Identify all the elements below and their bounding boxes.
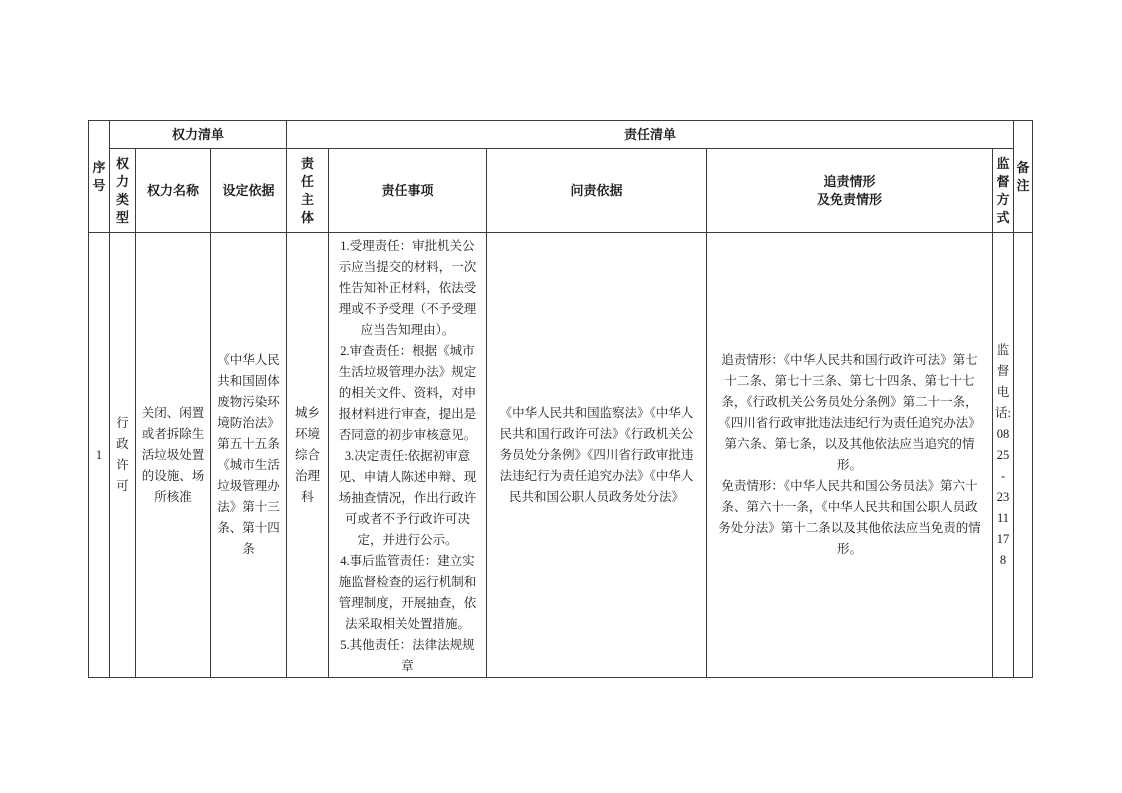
header-responsibility-list: 责任清单 [287, 121, 1014, 149]
cell-power-name: 关闭、闲置或者拆除生活垃圾处置的设施、场所核准 [136, 233, 211, 678]
header-accountability-basis: 问责依据 [487, 149, 707, 233]
header-serial: 序 号 [89, 121, 110, 233]
header-setting-basis: 设定依据 [211, 149, 287, 233]
cell-responsible-body: 城乡 环境 综合 治理 科 [287, 233, 329, 678]
table-row: 1 行 政 许 可 关闭、闲置或者拆除生活垃圾处置的设施、场所核准 《中华人民共… [89, 233, 1033, 678]
header-row-sub: 权 力 类 型 权力名称 设定依据 责 任 主 体 责任事项 问责依据 追责情形… [89, 149, 1033, 233]
header-remarks: 备 注 [1014, 121, 1033, 233]
cell-accountability-basis: 《中华人民共和国监察法》《中华人民共和国行政许可法》《行政机关公务员处分条例》《… [487, 233, 707, 678]
cell-setting-basis: 《中华人民共和国固体废物污染环境防治法》第五十五条《城市生活垃圾管理办法》第十三… [211, 233, 287, 678]
cell-power-type: 行 政 许 可 [110, 233, 136, 678]
document-page: 序 号 权力清单 责任清单 备 注 权 力 类 型 权力名称 设定依据 责 任 … [0, 0, 1122, 793]
cell-serial: 1 [89, 233, 110, 678]
header-responsible-body: 责 任 主 体 [287, 149, 329, 233]
header-power-type: 权 力 类 型 [110, 149, 136, 233]
header-row-top: 序 号 权力清单 责任清单 备 注 [89, 121, 1033, 149]
power-responsibility-table: 序 号 权力清单 责任清单 备 注 权 力 类 型 权力名称 设定依据 责 任 … [88, 120, 1033, 678]
header-supervision-method: 监 督 方 式 [993, 149, 1014, 233]
cell-responsibility-items: 1.受理责任：审批机关公示应当提交的材料，一次性告知补正材料，依法受理或不予受理… [329, 233, 487, 678]
header-power-list: 权力清单 [110, 121, 287, 149]
cell-remarks [1014, 233, 1033, 678]
cell-supervision-method: 监 督 电 话: 08 25 - 23 11 17 8 [993, 233, 1014, 678]
header-power-name: 权力名称 [136, 149, 211, 233]
cell-accountability-situations: 追责情形：《中华人民共和国行政许可法》第七十二条、第七十三条、第七十四条、第七十… [707, 233, 993, 678]
header-accountability-situations: 追责情形 及免责情形 [707, 149, 993, 233]
header-responsibility-items: 责任事项 [329, 149, 487, 233]
